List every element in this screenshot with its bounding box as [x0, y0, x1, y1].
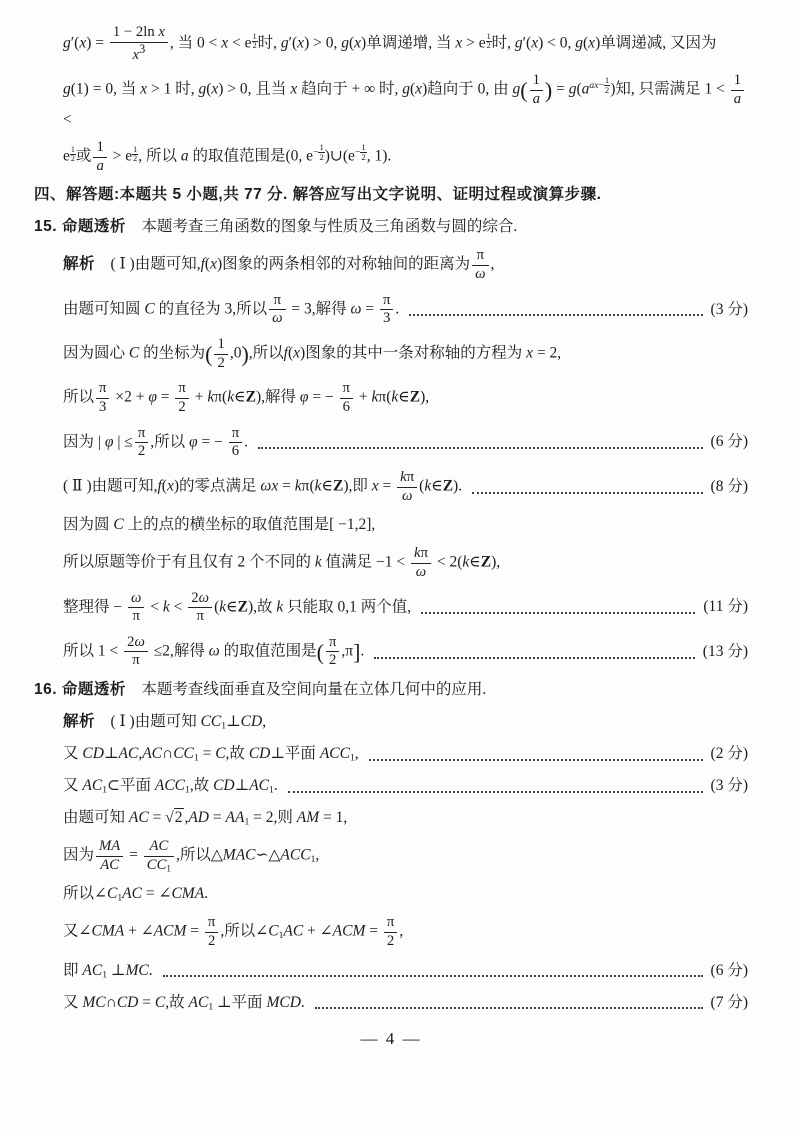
dotted-leader [472, 480, 702, 493]
dotted-leader [163, 964, 703, 977]
document-line: 又 CD⊥AC,AC∩CC1 = C,故 CD⊥平面 ACC1,(2 分) [63, 742, 748, 766]
line-text: 解析 ( Ⅰ )由题可知 CC1⊥CD, [63, 711, 266, 733]
document-line: 因为 | φ | ≤π2,所以 φ = − π6.(6 分) [63, 425, 748, 461]
line-text: 又∠CMA + ∠ACM = π2,所以∠C1AC + ∠ACM = π2, [63, 914, 403, 950]
document-line: 因为圆心 C 的坐标为(12,0),所以f(x)图象的其中一条对称轴的方程为 x… [63, 336, 748, 372]
score-label: (3 分) [711, 299, 748, 321]
document-line: 所以∠C1AC = ∠CMA. [63, 882, 748, 906]
dotted-leader [315, 996, 703, 1009]
score-label: (11 分) [703, 596, 748, 618]
document-line: 所以原题等价于有且仅有 2 个不同的 k 值满足 −1 < kπω < 2(k∈… [63, 545, 748, 581]
line-text: 由题可知 AC = √2,AD = AA1 = 2,则 AM = 1, [63, 807, 347, 829]
document-line: 因为圆 C 上的点的横坐标的取值范围是[ −1,2], [63, 513, 748, 537]
dotted-leader [258, 436, 703, 449]
document-line: 即 AC1 ⊥MC.(6 分) [63, 959, 748, 983]
score-label: (13 分) [703, 641, 748, 663]
document-line: 15. 命题透析 本题考查三角函数的图象与性质及三角函数与圆的综合. [34, 215, 748, 239]
dotted-leader [409, 303, 702, 316]
dotted-leader [288, 780, 703, 793]
document-line: 由题可知 AC = √2,AD = AA1 = 2,则 AM = 1, [63, 806, 748, 830]
document-line: 整理得 − ωπ < k < 2ωπ(k∈Z),故 k 只能取 0,1 两个值,… [63, 590, 748, 626]
line-text: 由题可知圆 C 的直径为 3,所以πω = 3,解得 ω = π3. [63, 292, 399, 328]
page-number: — 4 — [34, 1027, 748, 1052]
score-label: (6 分) [711, 431, 748, 453]
line-text: 解析 ( Ⅰ )由题可知,f(x)图象的两条相邻的对称轴间的距离为πω, [63, 247, 494, 283]
line-text: 因为圆 C 上的点的横坐标的取值范围是[ −1,2], [63, 514, 375, 536]
document-line: 由题可知圆 C 的直径为 3,所以πω = 3,解得 ω = π3.(3 分) [63, 292, 748, 328]
document-line: 四、解答题:本题共 5 小题,共 77 分. 解答应写出文字说明、证明过程或演算… [34, 183, 748, 207]
document-line: e12或1a > e12, 所以 a 的取值范围是(0, e−12)∪(e−12… [63, 139, 748, 175]
document-line: 又 MC∩CD = C,故 AC1 ⊥平面 MCD.(7 分) [63, 991, 748, 1015]
line-text: 整理得 − ωπ < k < 2ωπ(k∈Z),故 k 只能取 0,1 两个值, [63, 590, 411, 626]
page-content: g′(x) = 1 − 2ln xx3, 当 0 < x < e12时, g′(… [34, 24, 748, 1015]
score-label: (7 分) [711, 992, 748, 1014]
dotted-leader [374, 645, 695, 658]
dotted-leader [369, 748, 703, 761]
document-line: 解析 ( Ⅰ )由题可知 CC1⊥CD, [63, 710, 748, 734]
line-text: 16. 命题透析 本题考查线面垂直及空间向量在立体几何中的应用. [34, 679, 486, 701]
line-text: g(1) = 0, 当 x > 1 时, g(x) > 0, 且当 x 趋向于 … [63, 72, 748, 131]
document-line: 又∠CMA + ∠ACM = π2,所以∠C1AC + ∠ACM = π2, [63, 914, 748, 950]
line-text: 四、解答题:本题共 5 小题,共 77 分. 解答应写出文字说明、证明过程或演算… [34, 184, 601, 206]
line-text: ( Ⅱ )由题可知,f(x)的零点满足 ωx = kπ(k∈Z),即 x = k… [63, 469, 462, 505]
score-label: (6 分) [711, 960, 748, 982]
line-text: 又 AC1⊂平面 ACC1,故 CD⊥AC1. [63, 775, 278, 797]
line-text: 15. 命题透析 本题考查三角函数的图象与性质及三角函数与圆的综合. [34, 216, 517, 238]
document-line: 所以π3 ×2 + φ = π2 + kπ(k∈Z),解得 φ = − π6 +… [63, 380, 748, 416]
score-label: (3 分) [711, 775, 748, 797]
line-text: 因为圆心 C 的坐标为(12,0),所以f(x)图象的其中一条对称轴的方程为 x… [63, 336, 561, 372]
document-line: 所以 1 < 2ωπ ≤2,解得 ω 的取值范围是(π2,π].(13 分) [63, 634, 748, 670]
line-text: 因为MAAC = ACCC1,所以△MAC∽△ACC1, [63, 838, 319, 874]
line-text: 即 AC1 ⊥MC. [63, 960, 153, 982]
line-text: 所以∠C1AC = ∠CMA. [63, 883, 208, 905]
document-page: g′(x) = 1 − 2ln xx3, 当 0 < x < e12时, g′(… [0, 0, 800, 1132]
score-label: (2 分) [711, 743, 748, 765]
document-line: 因为MAAC = ACCC1,所以△MAC∽△ACC1, [63, 838, 748, 874]
line-text: 因为 | φ | ≤π2,所以 φ = − π6. [63, 425, 248, 461]
line-text: 又 MC∩CD = C,故 AC1 ⊥平面 MCD. [63, 992, 305, 1014]
document-line: 又 AC1⊂平面 ACC1,故 CD⊥AC1.(3 分) [63, 774, 748, 798]
document-line: g(1) = 0, 当 x > 1 时, g(x) > 0, 且当 x 趋向于 … [63, 72, 748, 131]
line-text: 所以原题等价于有且仅有 2 个不同的 k 值满足 −1 < kπω < 2(k∈… [63, 545, 500, 581]
dotted-leader [421, 601, 695, 614]
line-text: 所以 1 < 2ωπ ≤2,解得 ω 的取值范围是(π2,π]. [63, 634, 364, 670]
line-text: g′(x) = 1 − 2ln xx3, 当 0 < x < e12时, g′(… [63, 24, 716, 64]
line-text: 所以π3 ×2 + φ = π2 + kπ(k∈Z),解得 φ = − π6 +… [63, 380, 429, 416]
line-text: 又 CD⊥AC,AC∩CC1 = C,故 CD⊥平面 ACC1, [63, 743, 359, 765]
document-line: 解析 ( Ⅰ )由题可知,f(x)图象的两条相邻的对称轴间的距离为πω, [63, 247, 748, 283]
document-line: g′(x) = 1 − 2ln xx3, 当 0 < x < e12时, g′(… [63, 24, 748, 64]
score-label: (8 分) [711, 476, 748, 498]
line-text: e12或1a > e12, 所以 a 的取值范围是(0, e−12)∪(e−12… [63, 139, 391, 175]
document-line: 16. 命题透析 本题考查线面垂直及空间向量在立体几何中的应用. [34, 678, 748, 702]
document-line: ( Ⅱ )由题可知,f(x)的零点满足 ωx = kπ(k∈Z),即 x = k… [63, 469, 748, 505]
